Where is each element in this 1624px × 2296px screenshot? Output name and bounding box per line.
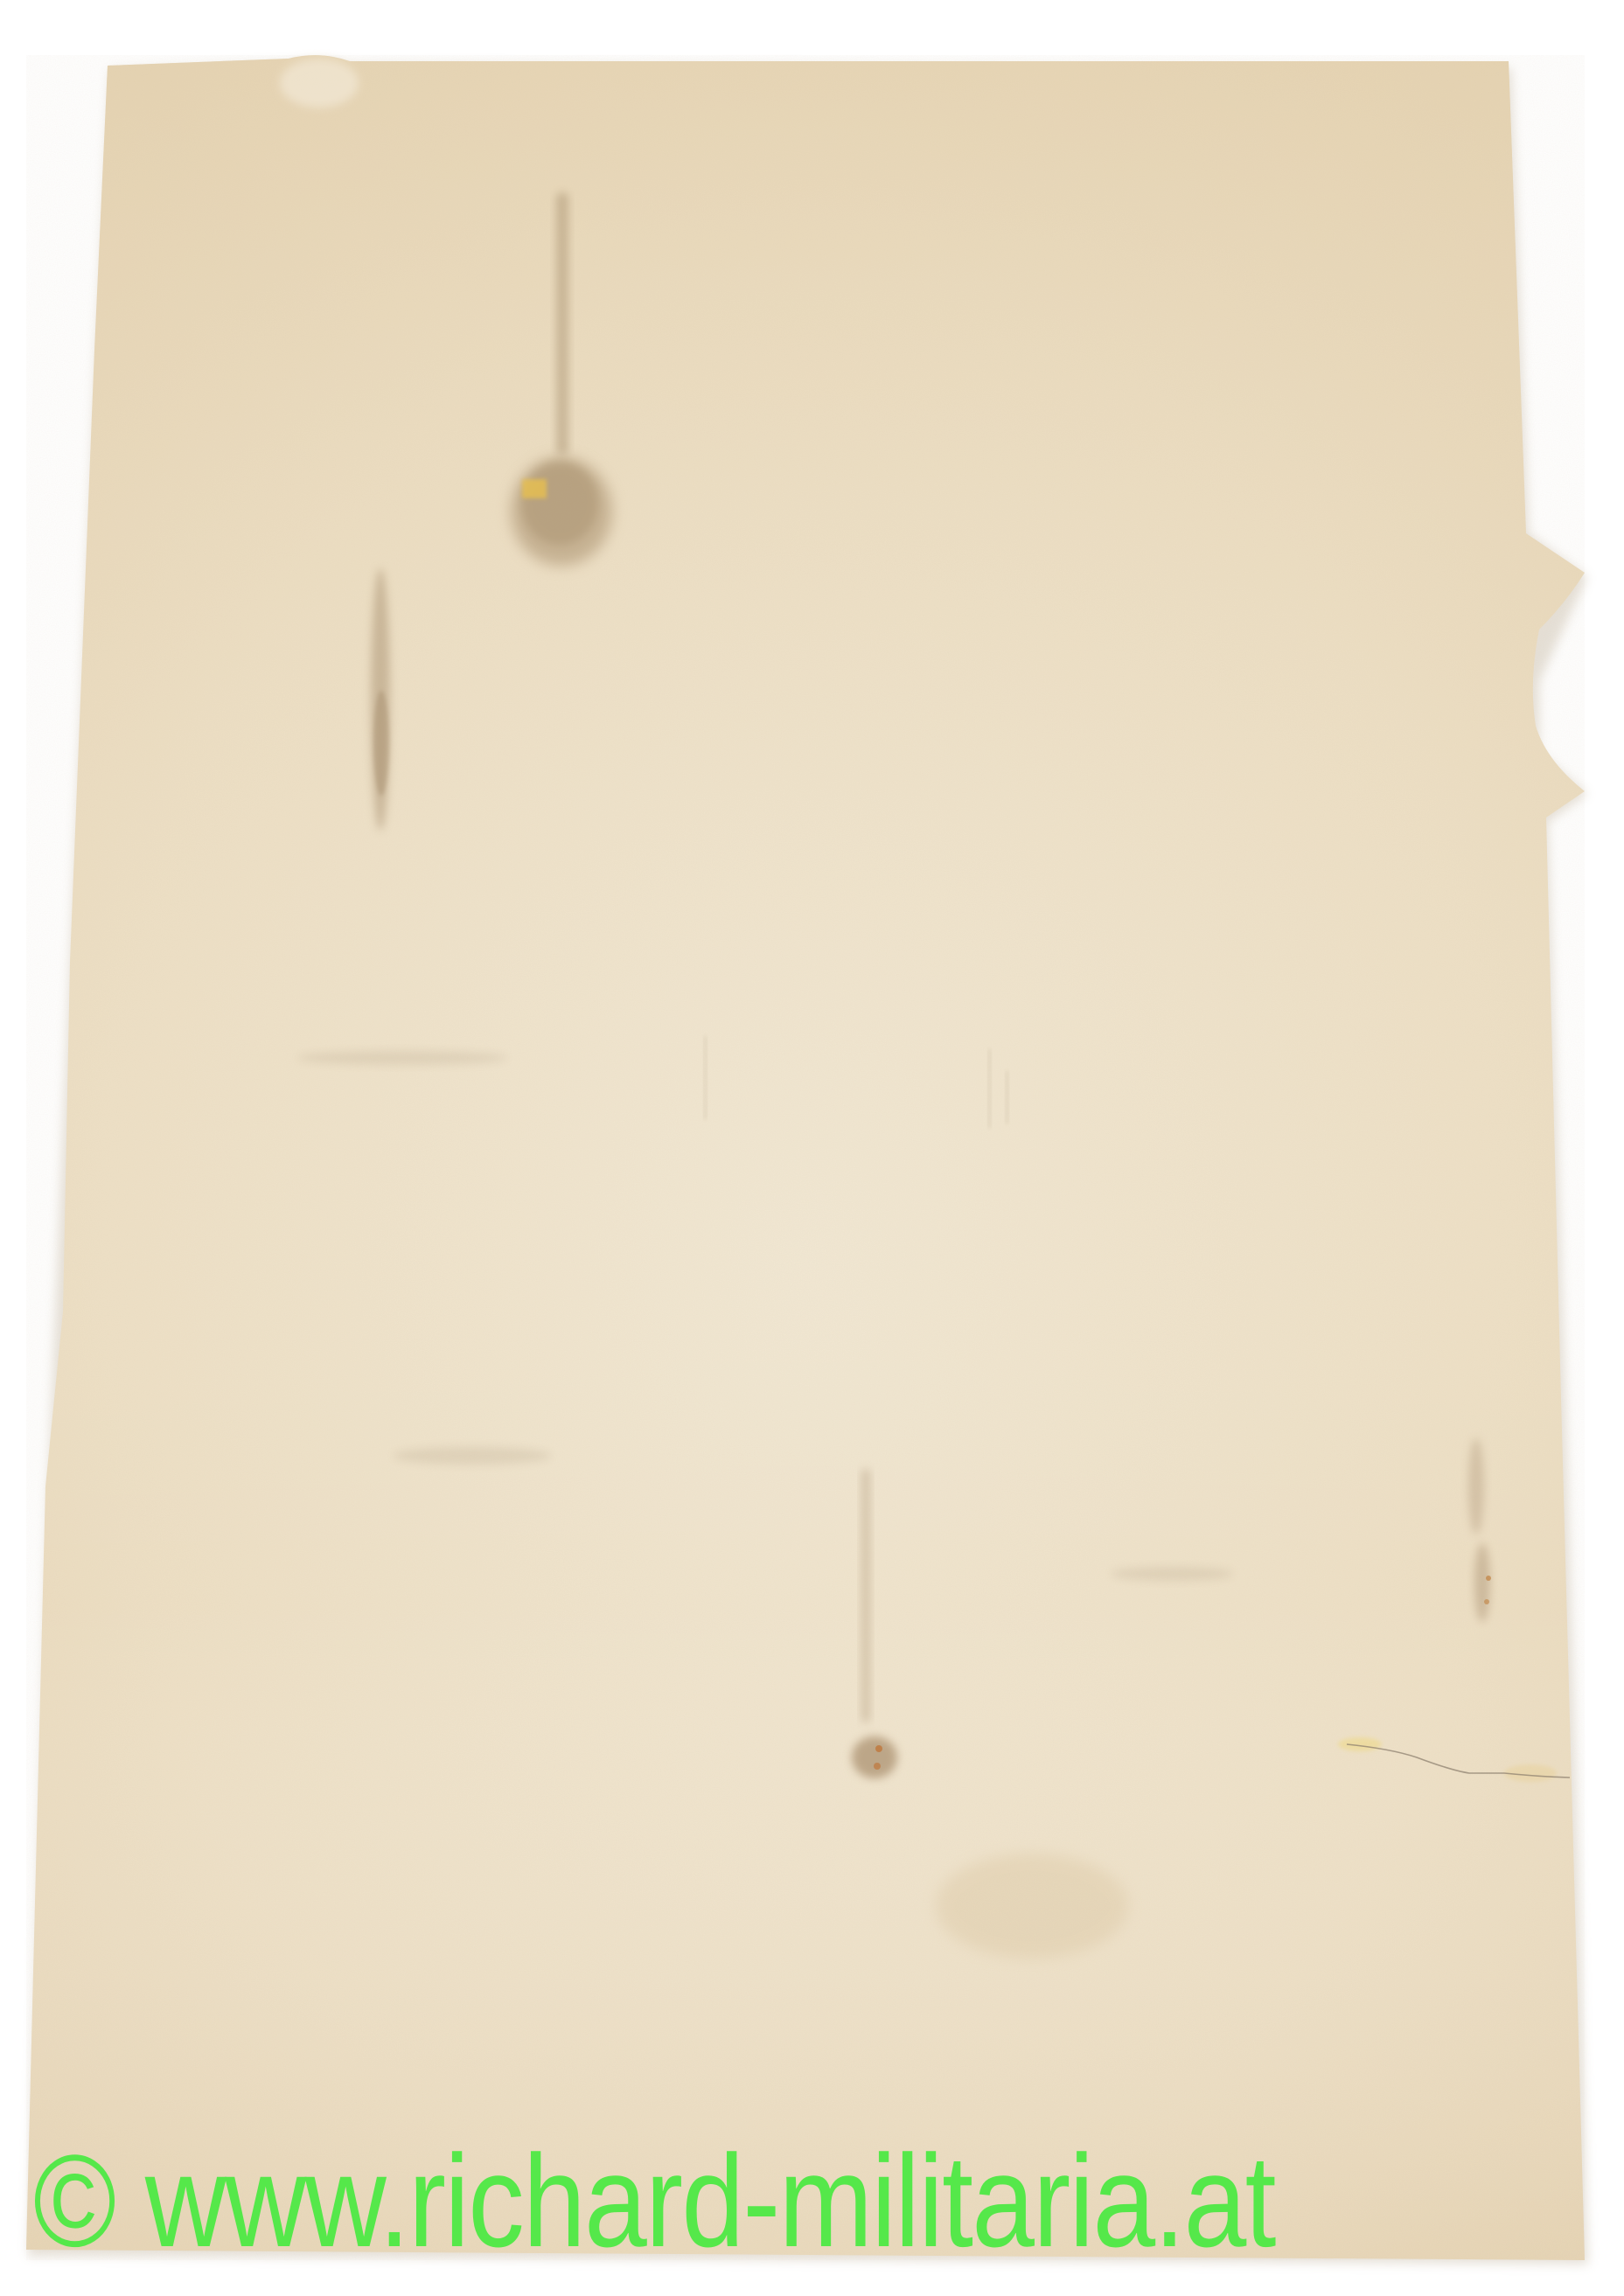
paper-sheet-illustration bbox=[0, 0, 1624, 2296]
yellow-fleck bbox=[522, 479, 547, 498]
copyright-symbol: © bbox=[33, 2135, 115, 2266]
photo-scene: ©www.richard-militaria.at bbox=[0, 0, 1624, 2296]
light-patch bbox=[280, 59, 359, 108]
diffuse-patch bbox=[936, 1854, 1128, 1959]
left-vertical-stain bbox=[371, 568, 390, 831]
watermark-text: www.richard-militaria.at bbox=[145, 2127, 1275, 2274]
watermark: ©www.richard-militaria.at bbox=[33, 2135, 1372, 2266]
